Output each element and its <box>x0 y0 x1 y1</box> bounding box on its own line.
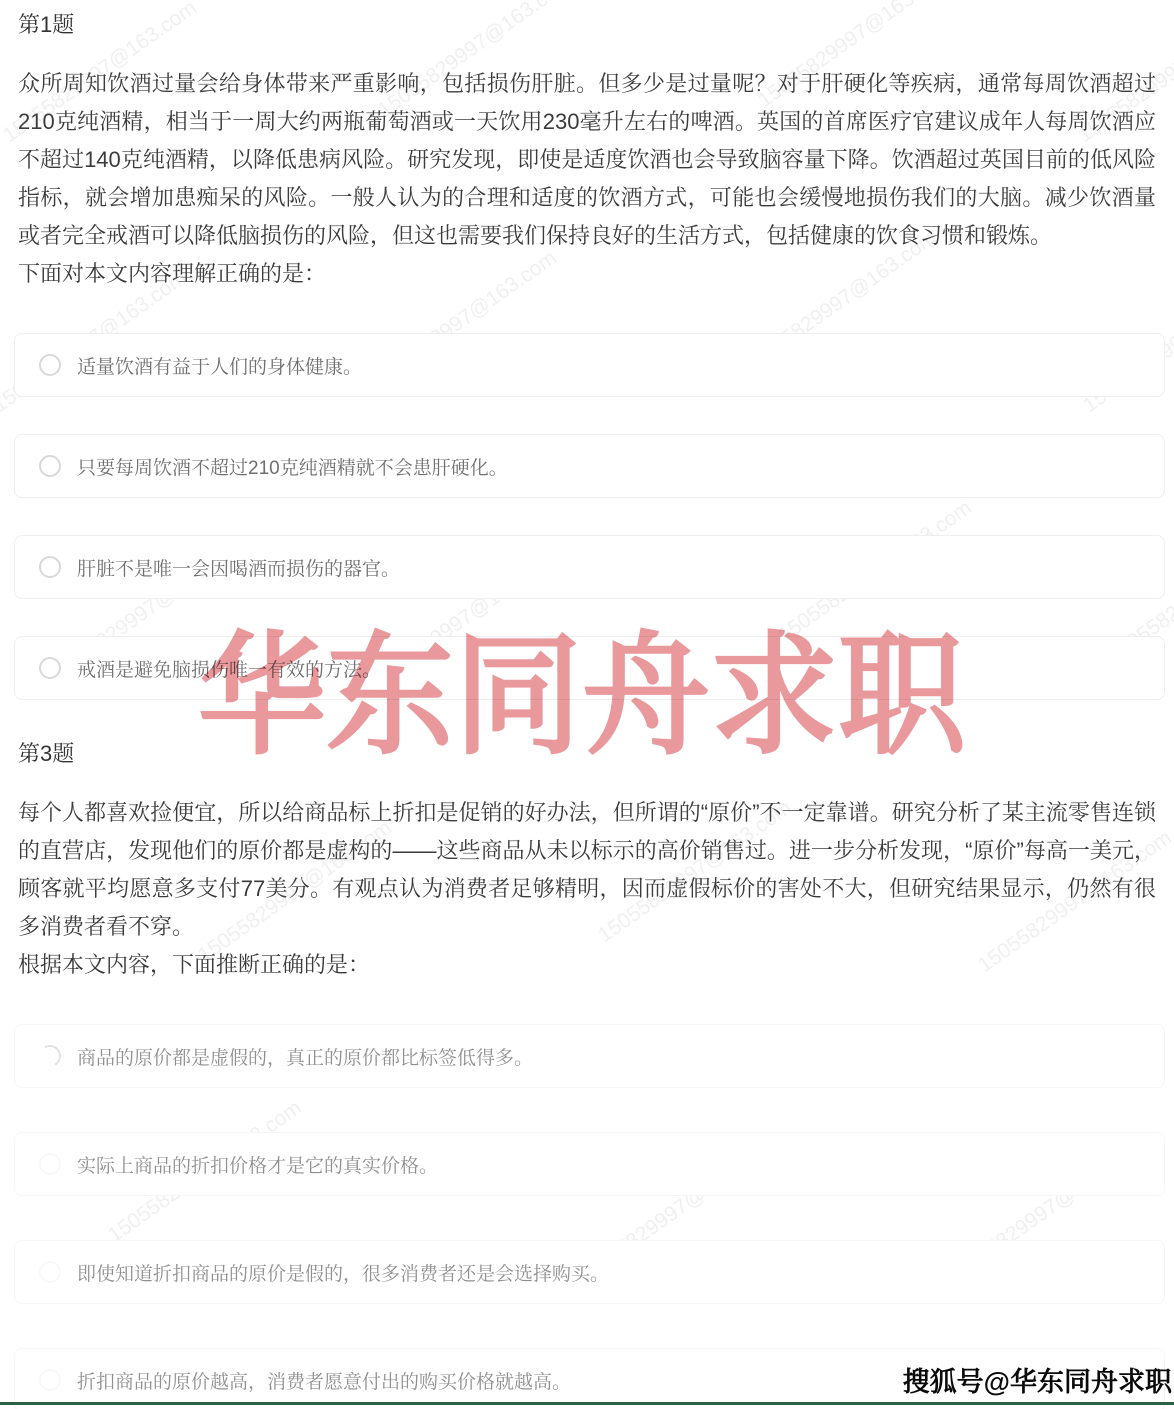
radio-icon[interactable] <box>39 354 61 376</box>
question-1-passage: 众所周知饮酒过量会给身体带来严重影响，包括损伤肝脏。但多少是过量呢？对于肝硬化等… <box>18 65 1156 255</box>
question-3-section: 第3题 每个人都喜欢捡便宜，所以给商品标上折扣是促销的好办法，但所谓的“原价”不… <box>18 737 1156 1409</box>
radio-icon[interactable] <box>39 657 61 679</box>
option-label: 即使知道折扣商品的原价是假的，很多消费者还是会选择购买。 <box>77 1259 609 1286</box>
option-label: 戒酒是避免脑损伤唯一有效的方法。 <box>77 655 381 682</box>
radio-icon[interactable] <box>39 1153 61 1175</box>
radio-icon[interactable] <box>39 556 61 578</box>
option-row[interactable]: 实际上商品的折扣价格才是它的真实价格。 <box>14 1132 1165 1196</box>
option-label: 肝脏不是唯一会因喝酒而损伤的器官。 <box>77 554 400 581</box>
question-1-section: 第1题 众所周知饮酒过量会给身体带来严重影响，包括损伤肝脏。但多少是过量呢？对于… <box>18 8 1156 700</box>
option-row[interactable]: 戒酒是避免脑损伤唯一有效的方法。 <box>14 636 1165 700</box>
question-3-prompt: 根据本文内容，下面推断正确的是： <box>18 946 1156 984</box>
radio-icon[interactable] <box>39 455 61 477</box>
radio-icon[interactable] <box>37 1043 64 1070</box>
question-3-title: 第3题 <box>18 737 1156 768</box>
option-row[interactable]: 肝脏不是唯一会因喝酒而损伤的器官。 <box>14 535 1165 599</box>
option-label: 折扣商品的原价越高，消费者愿意付出的购买价格就越高。 <box>77 1367 571 1394</box>
option-row[interactable]: 即使知道折扣商品的原价是假的，很多消费者还是会选择购买。 <box>14 1240 1165 1304</box>
footer-divider <box>0 1402 1174 1405</box>
option-label: 只要每周饮酒不超过210克纯酒精就不会患肝硬化。 <box>77 453 508 480</box>
sohu-watermark: 搜狐号@华东同舟求职 <box>903 1360 1172 1399</box>
question-1-prompt: 下面对本文内容理解正确的是： <box>18 255 1156 293</box>
option-label: 适量饮酒有益于人们的身体健康。 <box>77 352 362 379</box>
question-1-title: 第1题 <box>18 8 1156 39</box>
question-3-passage: 每个人都喜欢捡便宜，所以给商品标上折扣是促销的好办法，但所谓的“原价”不一定靠谱… <box>18 794 1156 946</box>
option-row[interactable]: 只要每周饮酒不超过210克纯酒精就不会患肝硬化。 <box>14 434 1165 498</box>
option-row[interactable]: 适量饮酒有益于人们的身体健康。 <box>14 333 1165 397</box>
option-row[interactable]: 商品的原价都是虚假的，真正的原价都比标签低得多。 <box>14 1024 1165 1088</box>
question-1-options: 适量饮酒有益于人们的身体健康。 只要每周饮酒不超过210克纯酒精就不会患肝硬化。… <box>18 333 1156 700</box>
option-label: 实际上商品的折扣价格才是它的真实价格。 <box>77 1151 438 1178</box>
quiz-page: 15055829997@163.com 15055829997@163.com … <box>0 0 1174 1409</box>
radio-icon[interactable] <box>39 1369 61 1391</box>
radio-icon[interactable] <box>39 1261 61 1283</box>
question-3-options: 商品的原价都是虚假的，真正的原价都比标签低得多。 实际上商品的折扣价格才是它的真… <box>18 1024 1156 1409</box>
option-label: 商品的原价都是虚假的，真正的原价都比标签低得多。 <box>77 1043 533 1070</box>
